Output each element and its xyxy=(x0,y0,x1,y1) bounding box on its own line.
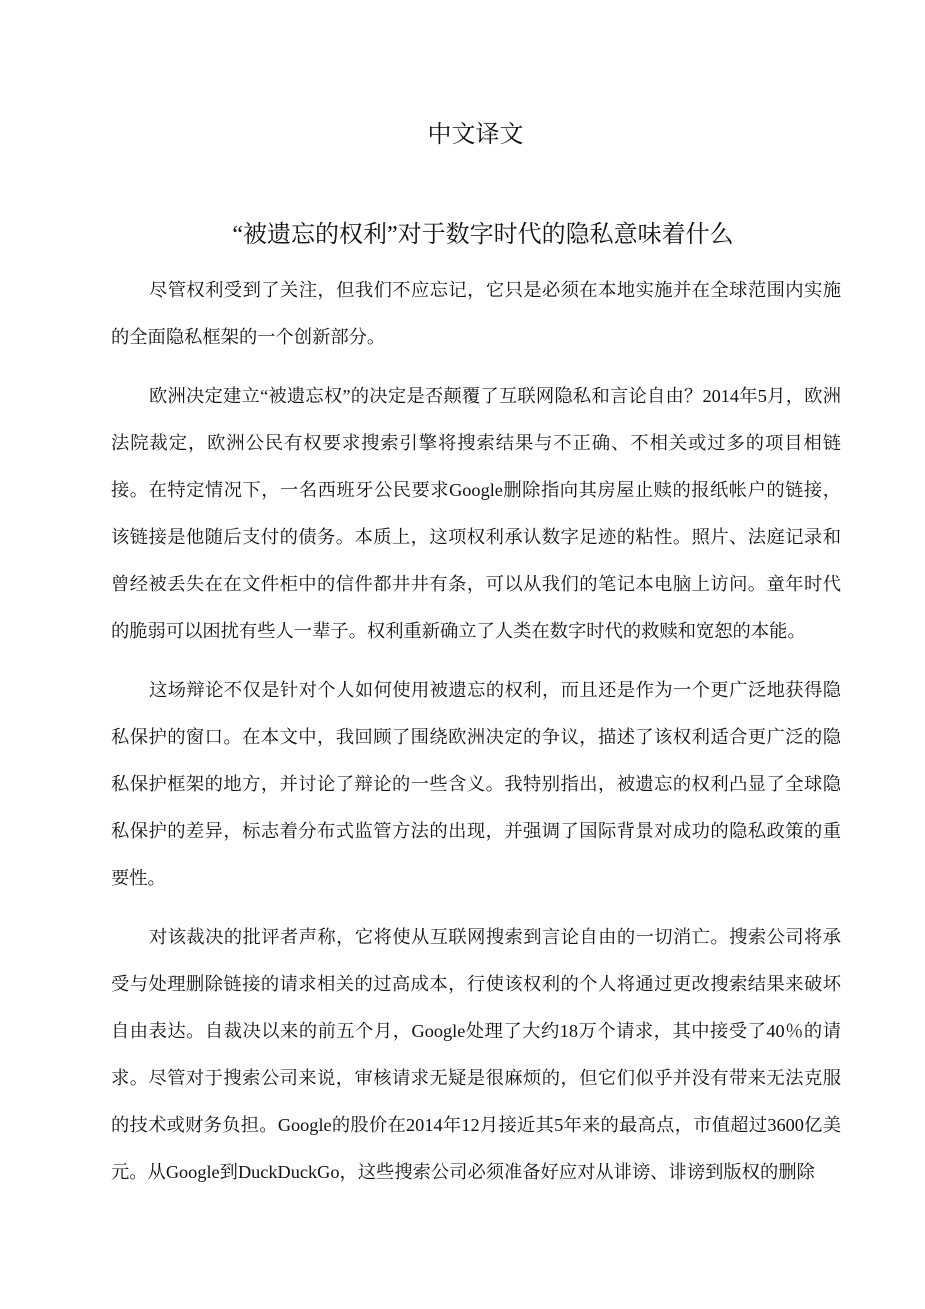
article-body: 尽管权利受到了关注，但我们不应忘记，它只是必须在本地实施并在全球范围内实施的全面… xyxy=(111,267,841,1196)
paragraph-3: 这场辩论不仅是针对个人如何使用被遗忘的权利，而且还是作为一个更广泛地获得隐私保护… xyxy=(111,667,841,902)
document-page: 中文译文 “被遗忘的权利”对于数字时代的隐私意味着什么 尽管权利受到了关注，但我… xyxy=(0,0,925,1309)
paragraph-2: 欧洲决定建立“被遗忘权”的决定是否颠覆了互联网隐私和言论自由？2014年5月，欧… xyxy=(111,373,841,655)
article-title: “被遗忘的权利”对于数字时代的隐私意味着什么 xyxy=(0,218,925,252)
paragraph-1: 尽管权利受到了关注，但我们不应忘记，它只是必须在本地实施并在全球范围内实施的全面… xyxy=(111,267,841,361)
document-heading: 中文译文 xyxy=(0,119,925,151)
paragraph-4: 对该裁决的批评者声称，它将使从互联网搜索到言论自由的一切消亡。搜索公司将承受与处… xyxy=(111,914,841,1196)
